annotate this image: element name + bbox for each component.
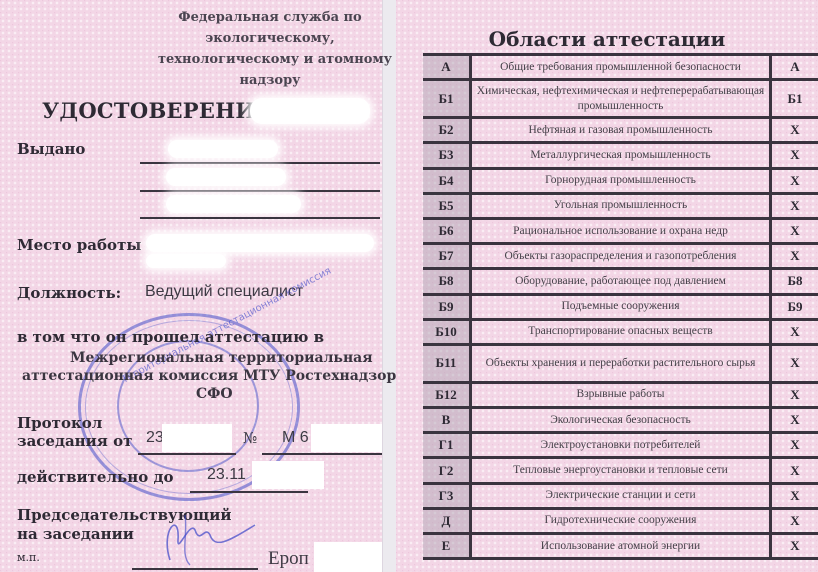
issued-underline-1	[140, 162, 380, 164]
area-name: Оборудование, работающее под давлением	[471, 269, 771, 294]
area-code: А	[423, 55, 471, 80]
area-name: Тепловые энергоустановки и тепловые сети	[471, 458, 771, 483]
area-name: Экологическая безопасность	[471, 408, 771, 433]
redacted-name-2	[166, 168, 286, 186]
area-mark: Х	[771, 118, 818, 143]
area-mark: Х	[771, 319, 818, 344]
signature-icon	[150, 500, 260, 570]
area-name: Транспортирование опасных веществ	[471, 319, 771, 344]
area-name: Подъемные сооружения	[471, 294, 771, 319]
area-name: Общие требования промышленной безопаснос…	[471, 55, 771, 80]
attestation-areas-table: АОбщие требования промышленной безопасно…	[423, 53, 818, 560]
protocol-number-underline	[262, 453, 382, 455]
area-row: Г2Тепловые энергоустановки и тепловые се…	[423, 458, 818, 483]
area-row: Б7Объекты газораспределения и газопотреб…	[423, 244, 818, 269]
area-row: ЕИспользование атомной энергииХ	[423, 534, 818, 559]
area-mark: Х	[771, 143, 818, 168]
signature-underline	[132, 568, 258, 570]
agency-line-2: экологическому,	[140, 31, 400, 46]
attestation-line-1: в том что он прошел аттестацию в	[17, 328, 324, 346]
redacted-name-3	[166, 195, 301, 213]
workplace-label: Место работы	[17, 236, 141, 254]
area-code: Б1	[423, 80, 471, 118]
certificate-front-page: Федеральная служба по экологическому, те…	[0, 0, 383, 572]
area-mark: Х	[771, 218, 818, 243]
issued-underline-3	[140, 217, 380, 219]
area-code: Б4	[423, 168, 471, 193]
area-name: Объекты хранения и переработки раститель…	[471, 344, 771, 382]
area-row: Б6Рациональное использование и охрана не…	[423, 218, 818, 243]
redacted-protocol-date	[162, 424, 232, 452]
area-mark: Х	[771, 408, 818, 433]
area-code: В	[423, 408, 471, 433]
area-name: Использование атомной энергии	[471, 534, 771, 559]
area-code: Б7	[423, 244, 471, 269]
protocol-date-underline	[138, 453, 236, 455]
area-mark: Х	[771, 433, 818, 458]
area-row: Б2Нефтяная и газовая промышленностьХ	[423, 118, 818, 143]
redacted-workplace-1	[146, 234, 374, 252]
attestation-line-4: СФО	[196, 386, 233, 402]
area-mark: Б1	[771, 80, 818, 118]
area-code: Г3	[423, 483, 471, 508]
area-code: Е	[423, 534, 471, 559]
area-row: Б5Угольная промышленностьХ	[423, 193, 818, 218]
redacted-protocol-number	[311, 424, 382, 452]
area-mark: Х	[771, 244, 818, 269]
redacted-certificate-number	[250, 98, 370, 124]
area-code: Б10	[423, 319, 471, 344]
chairman-label-2: на заседании	[17, 525, 134, 543]
area-mark: Х	[771, 168, 818, 193]
area-name: Объекты газораспределения и газопотребле…	[471, 244, 771, 269]
area-mark: А	[771, 55, 818, 80]
area-row: Г3Электрические станции и сетиХ	[423, 483, 818, 508]
valid-until-label: действительно до	[17, 468, 173, 486]
area-code: Б3	[423, 143, 471, 168]
issued-underline-2	[140, 190, 380, 192]
area-code: Б5	[423, 193, 471, 218]
area-row: Б4Горнорудная промышленностьХ	[423, 168, 818, 193]
area-name: Рациональное использование и охрана недр	[471, 218, 771, 243]
area-row: Б3Металлургическая промышленностьХ	[423, 143, 818, 168]
attestation-line-3: аттестационная комиссия МТУ Ростехнадзор…	[22, 368, 420, 384]
area-row: ДГидротехнические сооруженияХ	[423, 508, 818, 533]
protocol-label-1: Протокол	[17, 414, 102, 432]
area-name: Горнорудная промышленность	[471, 168, 771, 193]
area-code: Б8	[423, 269, 471, 294]
area-row: ВЭкологическая безопасностьХ	[423, 408, 818, 433]
area-name: Гидротехнические сооружения	[471, 508, 771, 533]
redacted-workplace-2	[146, 254, 226, 268]
area-code: Б11	[423, 344, 471, 382]
area-mark: Б9	[771, 294, 818, 319]
area-code: Б2	[423, 118, 471, 143]
protocol-label-2: заседания от	[17, 432, 132, 450]
area-code: Г1	[423, 433, 471, 458]
protocol-number: М 6	[282, 429, 309, 447]
redacted-chairman-name	[314, 542, 382, 572]
area-mark: Х	[771, 483, 818, 508]
area-name: Электроустановки потребителей	[471, 433, 771, 458]
position-label: Должность:	[17, 284, 121, 302]
area-code: Б9	[423, 294, 471, 319]
redacted-name-1	[168, 140, 278, 158]
area-row: Б8Оборудование, работающее под давлением…	[423, 269, 818, 294]
area-code: Б12	[423, 382, 471, 407]
area-row: Г1Электроустановки потребителейХ	[423, 433, 818, 458]
area-mark: Х	[771, 193, 818, 218]
number-sign: №	[243, 429, 257, 447]
area-row: Б9Подъемные сооруженияБ9	[423, 294, 818, 319]
redacted-valid-until	[252, 461, 324, 489]
area-row: АОбщие требования промышленной безопасно…	[423, 55, 818, 80]
area-code: Г2	[423, 458, 471, 483]
issued-label: Выдано	[17, 140, 85, 158]
area-name: Металлургическая промышленность	[471, 143, 771, 168]
area-mark: Б8	[771, 269, 818, 294]
area-name: Нефтяная и газовая промышленность	[471, 118, 771, 143]
valid-until-date: 23.11	[207, 466, 246, 484]
agency-line-3: технологическому и атомному	[145, 52, 405, 67]
agency-line-1: Федеральная служба по	[140, 10, 400, 25]
area-code: Б6	[423, 218, 471, 243]
area-row: Б1Химическая, нефтехимическая и нефтепер…	[423, 80, 818, 118]
area-mark: Х	[771, 458, 818, 483]
area-row: Б12Взрывные работыХ	[423, 382, 818, 407]
area-mark: Х	[771, 382, 818, 407]
area-name: Угольная промышленность	[471, 193, 771, 218]
area-row: Б10Транспортирование опасных веществХ	[423, 319, 818, 344]
area-row: Б11Объекты хранения и переработки растит…	[423, 344, 818, 382]
valid-until-underline	[190, 491, 308, 493]
area-name: Электрические станции и сети	[471, 483, 771, 508]
attestation-line-2: Межрегиональная территориальная	[70, 350, 373, 366]
certificate-areas-page: Области аттестации АОбщие требования про…	[396, 0, 818, 572]
agency-line-4: надзору	[140, 73, 400, 88]
chairman-name: Ероп	[268, 548, 309, 570]
area-mark: Х	[771, 534, 818, 559]
areas-title: Области аттестации	[396, 27, 818, 51]
seal-label: м.п.	[17, 551, 40, 564]
area-name: Взрывные работы	[471, 382, 771, 407]
area-name: Химическая, нефтехимическая и нефтеперер…	[471, 80, 771, 118]
area-mark: Х	[771, 508, 818, 533]
area-mark: Х	[771, 344, 818, 382]
area-code: Д	[423, 508, 471, 533]
